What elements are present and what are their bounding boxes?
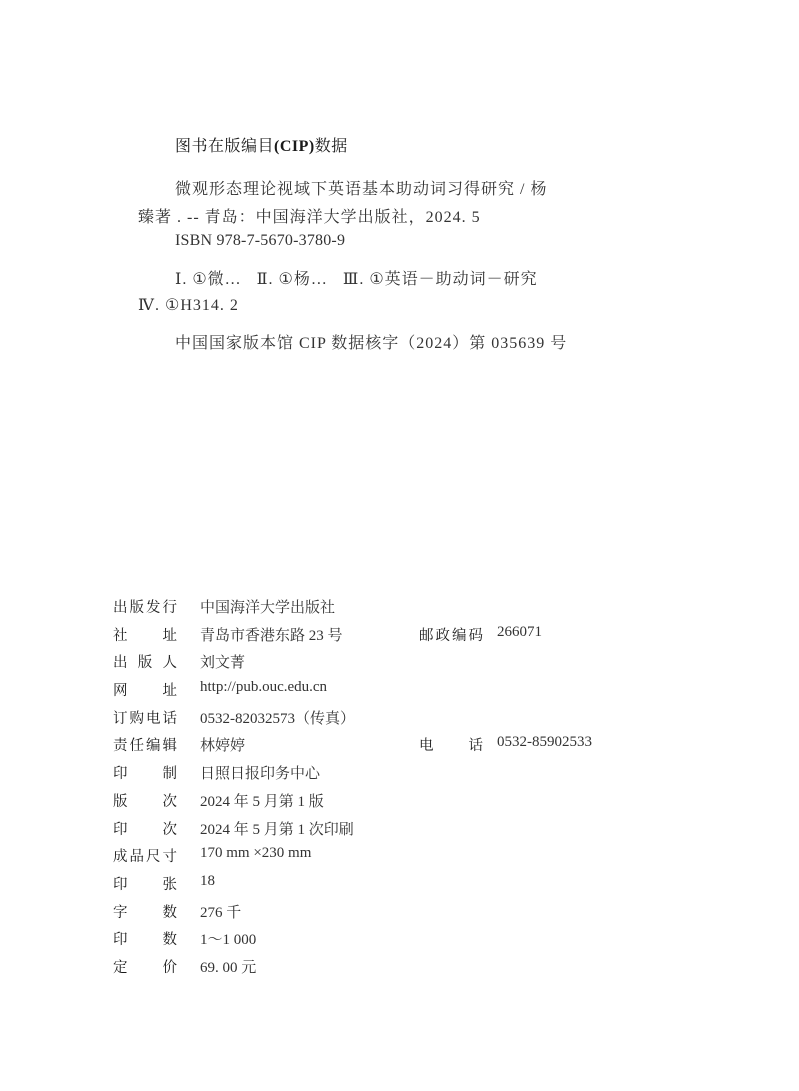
- info-label: 订购电话: [113, 707, 177, 728]
- info-label-char: 任: [130, 734, 145, 755]
- info-label-char: 尺: [146, 845, 161, 866]
- info-label-char: 编: [146, 734, 161, 755]
- info-label-char: 网: [113, 679, 128, 700]
- info-label-char: 辑: [163, 734, 178, 755]
- info-value: 276 千: [200, 901, 241, 922]
- info-label: 网址: [113, 679, 177, 700]
- info-value: 69. 00 元: [200, 956, 256, 977]
- info-label-char: 购: [130, 707, 145, 728]
- info-label-char: 订: [113, 707, 128, 728]
- cip-author-publisher: 臻著 . -- 青岛：中国海洋大学出版社，2024. 5: [138, 204, 481, 227]
- cip-heading-prefix: 图书在版编目: [175, 136, 274, 155]
- cip-library-record: 中国国家版本馆 CIP 数据核字（2024）第 035639 号: [175, 330, 567, 353]
- info-label-secondary: 邮政编码: [419, 624, 483, 645]
- info-value: 林婷婷: [200, 734, 245, 755]
- info-label: 印数: [113, 928, 177, 949]
- info-label-char: 印: [113, 762, 128, 783]
- info-value: 0532-82032573（传真）: [200, 707, 355, 728]
- info-value: 日照日报印务中心: [200, 762, 320, 783]
- info-label-secondary: 电话: [419, 734, 483, 755]
- info-label-char: 次: [163, 790, 178, 811]
- info-value: 中国海洋大学出版社: [200, 596, 335, 617]
- info-label-char: 邮: [419, 624, 434, 645]
- info-label-char: 社: [113, 624, 128, 645]
- info-label-char: 电: [146, 707, 161, 728]
- cip-classification-number: Ⅳ. ①H314. 2: [138, 295, 239, 315]
- cip-heading-cip: (CIP): [274, 138, 315, 155]
- info-label-char: 发: [146, 596, 161, 617]
- info-value: 刘文菁: [200, 651, 245, 672]
- info-label-char: 成: [113, 845, 128, 866]
- info-label-char: 版: [130, 596, 145, 617]
- info-label-char: 数: [163, 928, 178, 949]
- info-label-char: 品: [130, 845, 145, 866]
- info-label-char: 行: [163, 596, 178, 617]
- info-label: 字数: [113, 901, 177, 922]
- info-label-char: 址: [163, 624, 178, 645]
- cip-book-title: 微观形态理论视域下英语基本助动词习得研究 / 杨: [175, 176, 547, 199]
- info-label: 成品尺寸: [113, 845, 177, 866]
- info-label-char: 印: [113, 928, 128, 949]
- cip-heading: 图书在版编目(CIP)数据: [175, 133, 348, 156]
- info-value-secondary: 266071: [497, 624, 542, 641]
- info-label-char: 责: [113, 734, 128, 755]
- info-label: 社址: [113, 624, 177, 645]
- cip-heading-suffix: 数据: [315, 136, 348, 155]
- info-label-char: 址: [163, 679, 178, 700]
- info-label-char: 字: [113, 901, 128, 922]
- info-label-char: 定: [113, 956, 128, 977]
- info-value: 青岛市香港东路 23 号: [200, 624, 343, 645]
- info-label-char: 编: [452, 624, 467, 645]
- info-label-char: 制: [163, 762, 178, 783]
- info-label: 出版人: [113, 651, 177, 672]
- info-label-char: 话: [163, 707, 178, 728]
- info-label: 版次: [113, 790, 177, 811]
- info-label: 出版发行: [113, 596, 177, 617]
- info-value-secondary: 0532-85902533: [497, 734, 592, 751]
- info-value: 18: [200, 873, 215, 890]
- info-label: 印次: [113, 818, 177, 839]
- info-label: 印张: [113, 873, 177, 894]
- cip-classification: Ⅰ. ①微… Ⅱ. ①杨… Ⅲ. ①英语－助动词－研究: [175, 266, 538, 289]
- info-label-char: 寸: [163, 845, 178, 866]
- info-label-char: 出: [113, 651, 128, 672]
- info-label-char: 电: [419, 734, 434, 755]
- info-label-char: 政: [436, 624, 451, 645]
- info-value: 2024 年 5 月第 1 次印刷: [200, 818, 354, 839]
- info-value: 2024 年 5 月第 1 版: [200, 790, 324, 811]
- info-value: http://pub.ouc.edu.cn: [200, 679, 327, 696]
- info-label-char: 版: [138, 651, 153, 672]
- info-label-char: 张: [163, 873, 178, 894]
- info-label-char: 版: [113, 790, 128, 811]
- cip-isbn: ISBN 978-7-5670-3780-9: [175, 232, 345, 250]
- info-value: 1～1 000: [200, 928, 256, 949]
- info-label-char: 印: [113, 873, 128, 894]
- info-label-char: 出: [113, 596, 128, 617]
- info-label: 责任编辑: [113, 734, 177, 755]
- info-label-char: 话: [469, 734, 484, 755]
- info-value: 170 mm ×230 mm: [200, 845, 311, 862]
- info-label-char: 码: [469, 624, 484, 645]
- info-label-char: 数: [163, 901, 178, 922]
- info-label-char: 人: [163, 651, 178, 672]
- info-label-char: 次: [163, 818, 178, 839]
- info-label: 印制: [113, 762, 177, 783]
- info-label: 定价: [113, 956, 177, 977]
- info-label-char: 印: [113, 818, 128, 839]
- info-label-char: 价: [163, 956, 178, 977]
